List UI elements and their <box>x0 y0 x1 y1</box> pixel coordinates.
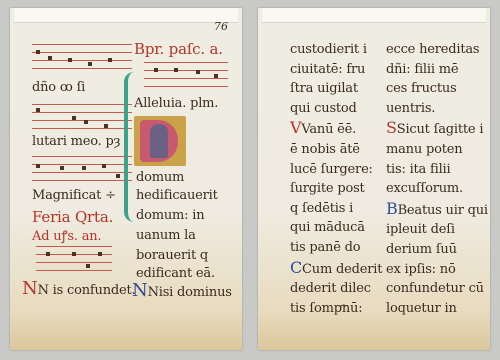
flourish-ornament: ∽ <box>336 298 348 314</box>
right-manuscript-leaf: custodierit i ciuitatē: fru ſtra uigilat… <box>258 8 490 350</box>
music-staff <box>32 104 132 130</box>
text-line: uentris. <box>386 99 488 119</box>
rubric-heading: Bpr. paſc. a. <box>134 40 223 58</box>
text-line: Alleluia. plm. <box>134 96 218 111</box>
text-line: borauerit q <box>136 248 208 263</box>
music-staff <box>32 156 132 182</box>
lyric-line: lutari meo. pȝ <box>32 134 120 149</box>
text-line: ex ipſis: nō <box>386 260 488 280</box>
text-line: domum: in <box>136 208 204 223</box>
text-line: ſtra uigilat <box>290 79 382 99</box>
text-line: ſurgite post <box>290 179 382 199</box>
text-line: dñi: filii mē <box>386 60 488 80</box>
text-line: ipleuit deſi <box>386 220 488 240</box>
rubric-line: Magnificat ÷ <box>32 188 116 203</box>
text-line: CCum dederit <box>290 258 382 280</box>
text-line: uanum la <box>136 228 196 243</box>
text-line: ecce hereditas <box>386 40 488 60</box>
text-line: hedificauerit <box>136 188 218 203</box>
text-line: lucē ſurgere: <box>290 160 382 180</box>
text-line: loquetur in <box>386 299 488 319</box>
text-line: VVanū ēē. <box>290 118 382 140</box>
text-line: qui custod <box>290 99 382 119</box>
folio-number: 76 <box>214 20 228 33</box>
music-staff <box>32 44 132 70</box>
text-line: derium ſuū <box>386 240 488 260</box>
text-line: dederit dilec <box>290 279 382 299</box>
text-line: ces fructus <box>386 79 488 99</box>
text-line: edificant eā. <box>136 266 215 281</box>
illuminated-initial <box>134 116 186 166</box>
text-line: q ſedētis i <box>290 199 382 219</box>
text-line: tis: ita filii <box>386 160 488 180</box>
text-line: confundetur cū <box>386 279 488 299</box>
text-line: excuſſorum. <box>386 179 488 199</box>
text-line: qui māducā <box>290 218 382 238</box>
text-line: custodierit i <box>290 40 382 60</box>
lyric-line: dño ꝏ ſi <box>32 80 85 95</box>
text-line: BBeatus uir qui <box>386 199 488 221</box>
mounting-tape <box>14 8 238 23</box>
rubric-line: Ad uꝭs. an. <box>32 226 101 244</box>
text-line: manu poten <box>386 140 488 160</box>
music-staff <box>36 246 112 272</box>
text-line: SSicut ſagitte i <box>386 118 488 140</box>
left-text-column: custodierit i ciuitatē: fru ſtra uigilat… <box>290 40 382 318</box>
lyric-line: NN is confundet. <box>22 278 135 299</box>
text-line: ē nobis ātē <box>290 140 382 160</box>
mounting-tape <box>262 8 486 23</box>
left-manuscript-leaf: 76 dño ꝏ ſi lutari meo. pȝ Magnificat ÷ … <box>10 8 242 350</box>
music-staff <box>144 62 228 88</box>
right-text-column: ecce hereditas dñi: filii mē ces fructus… <box>386 40 488 318</box>
text-line: NNisi dominus <box>132 280 232 301</box>
rubric-line: Feria Qrta. <box>32 208 113 226</box>
text-line: domum <box>136 170 184 185</box>
text-line: tis panē do <box>290 238 382 258</box>
text-line: ciuitatē: fru <box>290 60 382 80</box>
